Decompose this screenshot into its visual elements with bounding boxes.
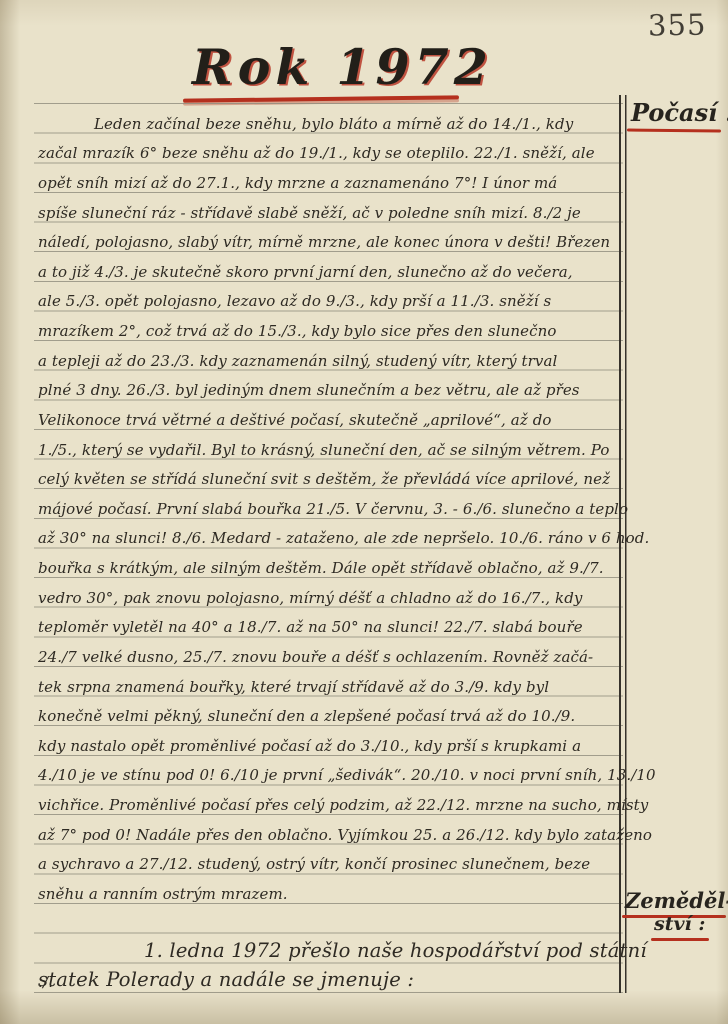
handwritten-line: opět sníh mizí až do 27.1., kdy mrzne a … — [38, 162, 622, 192]
margin-note-weather: Počasí : — [631, 98, 728, 127]
handwritten-line: náledí, polojasno, slabý vítr, mírně mrz… — [38, 222, 622, 252]
handwritten-line: konečně velmi pěkný, sluneční den a zlep… — [38, 696, 622, 726]
chronicle-page: 355 Rok 1972 Leden začínal beze sněhu, b… — [0, 0, 728, 1024]
handwritten-line: vichřice. Proměnlivé počasí přes celý po… — [38, 784, 622, 814]
handwritten-line: tek srpna znamená bouřky, které trvají s… — [38, 666, 622, 696]
handwritten-line: až 7° pod 0! Nadále přes den oblačno. Vy… — [38, 814, 622, 844]
handwritten-line: mrazíkem 2°, což trvá až do 15./3., kdy … — [38, 310, 622, 340]
handwritten-line: Leden začínal beze sněhu, bylo bláto a m… — [38, 103, 622, 133]
title-red-underline — [183, 95, 459, 102]
weather-paragraph: Leden začínal beze sněhu, bylo bláto a m… — [38, 103, 622, 903]
handwritten-line: 4./10 je ve stínu pod 0! 6./10 je první … — [38, 755, 622, 785]
handwritten-line: sněhu a ranním ostrým mrazem. — [38, 873, 622, 903]
handwritten-line: ale 5./3. opět polojasno, lezavo až do 9… — [38, 281, 622, 311]
handwritten-line: 1. ledna 1972 přešlo naše hospodářství p… — [38, 932, 622, 962]
handwritten-line: vedro 30°, pak znovu polojasno, mírný dé… — [38, 577, 622, 607]
handwritten-line: bouřka s krátkým, ale silným deštěm. Dál… — [38, 547, 622, 577]
handwritten-line: 1./5., který se vydařil. Byl to krásný, … — [38, 429, 622, 459]
handwritten-line: májové počasí. První slabá bouřka 21./5.… — [38, 488, 622, 518]
handwritten-line: a to již 4./3. je skutečně skoro první j… — [38, 251, 622, 281]
handwritten-line: spíše sluneční ráz - střídavě slabě sněž… — [38, 192, 622, 222]
handwritten-line: plné 3 dny. 26./3. byl jediným dnem slun… — [38, 370, 622, 400]
margin-note-weather-underline — [627, 129, 721, 133]
margin-note-agriculture-underline2 — [651, 938, 709, 941]
handwritten-line: statek Polerady a nadále se jmenuje : ./… — [38, 962, 622, 992]
page-title: Rok 1972 — [192, 38, 493, 96]
handwritten-line: kdy nastalo opět proměnlivé počasí až do… — [38, 725, 622, 755]
handwritten-line: teploměr vyletěl na 40° a 18./7. až na 5… — [38, 607, 622, 637]
handwritten-line: Velikonoce trvá větrné a deštivé počasí,… — [38, 399, 622, 429]
margin-note-agriculture-line2: ství : — [654, 913, 705, 935]
handwritten-line: a sychravo a 27./12. studený, ostrý vítr… — [38, 844, 622, 874]
handwritten-line: začal mrazík 6° beze sněhu až do 19./1.,… — [38, 133, 622, 163]
continuation-mark: ./. — [38, 973, 53, 991]
page-number: 355 — [647, 7, 706, 42]
handwritten-line: 24./7 velké dusno, 25./7. znovu bouře a … — [38, 636, 622, 666]
handwritten-line: a tepleji až do 23./3. kdy zaznamenán si… — [38, 340, 622, 370]
margin-note-agriculture-line1: Zeměděl- — [625, 888, 728, 913]
agriculture-paragraph: 1. ledna 1972 přešlo naše hospodářství p… — [38, 932, 622, 991]
handwritten-line: celý květen se střídá sluneční svit s de… — [38, 459, 622, 489]
handwritten-line: až 30° na slunci! 8./6. Medard - zatažen… — [38, 518, 622, 548]
